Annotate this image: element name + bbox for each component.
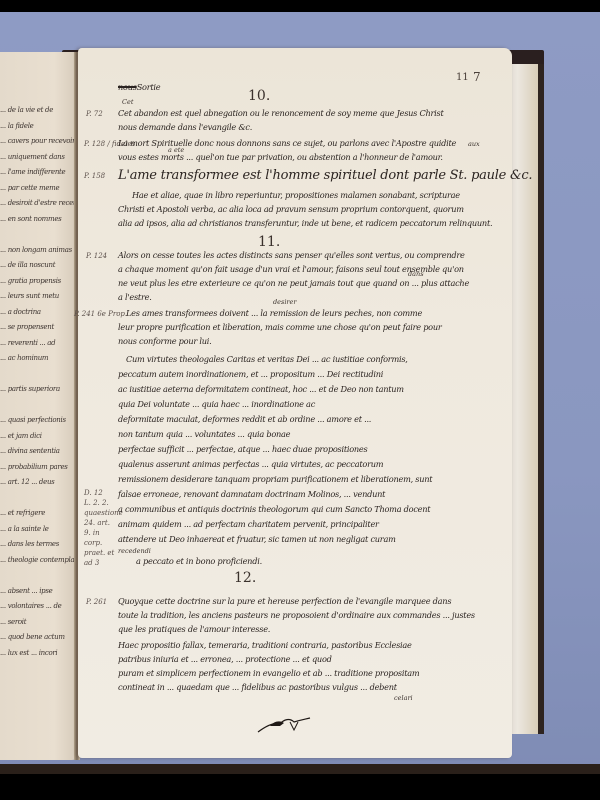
left-page-line: ... l'ame indifferente (0, 168, 78, 176)
manuscript-line: contineat in ... quaedam que ... fidelib… (118, 682, 397, 692)
manuscript-line: attendere ut Deo inhaereat et fruatur, s… (118, 534, 396, 544)
left-page-line: ... divina sententia (0, 447, 78, 455)
left-page-line: ... partis superiora (0, 385, 78, 393)
left-page-line: ... absent ... ipse (0, 587, 78, 595)
manuscript-line: L'ame transformee est l'homme spirituel … (118, 168, 532, 183)
left-page-line: ... volontaires ... de (0, 602, 78, 610)
left-page-line: ... theologie contemplat. (0, 556, 78, 564)
manuscript-line: animam quidem ... ad perfectam charitate… (118, 519, 379, 529)
manuscript-line: nous demande dans l'evangile &c. (118, 122, 252, 132)
left-page-line: ... en sont nommes (0, 215, 78, 223)
margin-note-right: aux (468, 140, 480, 148)
manuscript-line: Hae et aliae, quae in libro reperiuntur,… (132, 190, 460, 200)
left-page-line: ... se propensent (0, 323, 78, 331)
manuscript-line: Alors on cesse toutes les actes distinct… (118, 250, 465, 260)
left-page-line: ... reverenti ... ad (0, 339, 78, 347)
left-page-line: ... ac hominum (0, 354, 78, 362)
manuscript-line: leur propre purification et liberation, … (118, 322, 442, 332)
margin-citation: D. 12 L. 2. 2. quaestione 24. art. 9. in… (84, 488, 118, 568)
left-page-line: ... et refrigere (0, 509, 78, 517)
manuscript-line: patribus iniuria et ... erronea, ... pro… (118, 654, 332, 664)
folio-number: 11 (456, 72, 469, 83)
manuscript-line: quia Dei voluntate ... quia haec ... ino… (118, 399, 315, 409)
manuscript-line: Cum virtutes theologales Caritas et veri… (126, 354, 408, 364)
manuscript-line: falsae erroneae, renovant damnatam doctr… (118, 489, 385, 499)
manuscript-page: 11 7 nousSortie 10. P. 72 Cet Cet abando… (78, 48, 512, 758)
photo-scene: ... de la vie et de... la fidele... cave… (0, 12, 600, 774)
left-page-line: ... probabilium pares (0, 463, 78, 471)
left-page-line: ... quod bene actum (0, 633, 78, 641)
manuscript-line: alia ad ipsos, alia ad christianos trans… (118, 218, 492, 228)
interlinear-correction: Cet (122, 98, 133, 106)
left-page-line: ... lux est ... incori (0, 649, 78, 657)
left-page-line: ... de illa noscunt (0, 261, 78, 269)
margin-reference: P. 241 6e Prop. (74, 310, 127, 318)
section-number: 10. (248, 88, 270, 104)
left-page-line: ... non longam animas (0, 246, 78, 254)
left-page-line: ... quasi perfectionis (0, 416, 78, 424)
manuscript-line: qualenus asserunt animas perfectas ... q… (118, 459, 383, 469)
manuscript-line: non tantum quia ... voluntates ... quia … (118, 429, 290, 439)
manuscript-line: remissionem desiderare tanquam propriam … (118, 474, 432, 484)
manuscript-line: puram et simplicem perfectionem in evang… (118, 668, 419, 678)
desk-edge (0, 764, 600, 774)
left-page-line: ... desiroit d'estre receue (0, 199, 78, 207)
manuscript-line: a communibus et antiquis doctrinis theol… (118, 504, 430, 514)
manuscript-line: deformitate maculat, deformes reddit et … (118, 414, 371, 424)
manuscript-line: perfectae sufficit ... perfectae, atque … (118, 444, 367, 454)
manuscript-line: ac iustitiae aeterna deformitatem contin… (118, 384, 404, 394)
left-page-line: ... et jam dici (0, 432, 78, 440)
section-number: 11. (258, 234, 280, 250)
margin-reference: P. 124 (86, 252, 107, 260)
manuscript-line: Christi et Apostoli verba, ac alia loca … (118, 204, 464, 214)
manuscript-line: peccatum autem inordinationem, et ... pr… (118, 369, 383, 379)
manuscript-line: a l'estre. (118, 292, 152, 302)
margin-reference: P. 72 (86, 110, 103, 118)
margin-reference: P. 158 (84, 172, 105, 180)
manuscript-line: Cet abandon est quel abnegation ou le re… (118, 108, 444, 118)
left-page-line: ... uniquement dans (0, 153, 78, 161)
interlinear-correction: celari (394, 694, 413, 702)
signature-flourish-icon (256, 716, 312, 734)
left-page-line: ... cavers pour recevoir (0, 137, 78, 145)
left-page-line: ... par cette meme (0, 184, 78, 192)
manuscript-line: ne veut plus les etre exterieure ce qu'o… (118, 278, 469, 288)
left-page-line: ... leurs sunt metu (0, 292, 78, 300)
header-word: nousSortie (118, 82, 160, 92)
left-page-line: ... seroit (0, 618, 78, 626)
left-page: ... de la vie et de... la fidele... cave… (0, 52, 78, 760)
manuscript-line: toute la tradition, les anciens pasteurs… (118, 610, 475, 620)
manuscript-line: Les ames transformees doivent ... la rem… (126, 308, 422, 318)
left-page-line: ... a la sainte le (0, 525, 78, 533)
folio-mark: 7 (473, 70, 481, 84)
left-page-line: ... art. 12 ... deus (0, 478, 78, 486)
manuscript-line: a peccato et in bono proficiendi. (136, 556, 262, 566)
left-page-line: ... dans les termes (0, 540, 78, 548)
manuscript-line: nous conforme pour lui. (118, 336, 211, 346)
manuscript-line: que les pratiques de l'amour interesse. (118, 624, 270, 634)
manuscript-line: Haec propositio fallax, temeraria, tradi… (118, 640, 412, 650)
interlinear-correction: desirer (273, 298, 296, 306)
left-page-line: ... la fidele (0, 122, 78, 130)
left-page-line: ... a doctrina (0, 308, 78, 316)
section-number: 12. (234, 570, 256, 586)
manuscript-line: vous estes morts ... quel'on tue par pri… (118, 152, 443, 162)
left-page-line: ... de la vie et de (0, 106, 78, 114)
left-page-line: ... gratia propensis (0, 277, 78, 285)
margin-reference: P. 261 (86, 598, 107, 606)
interlinear-correction: recedendi (118, 547, 151, 555)
manuscript-line: Quoyque cette doctrine sur la pure et he… (118, 596, 451, 606)
interlinear-correction: dans (408, 270, 424, 278)
